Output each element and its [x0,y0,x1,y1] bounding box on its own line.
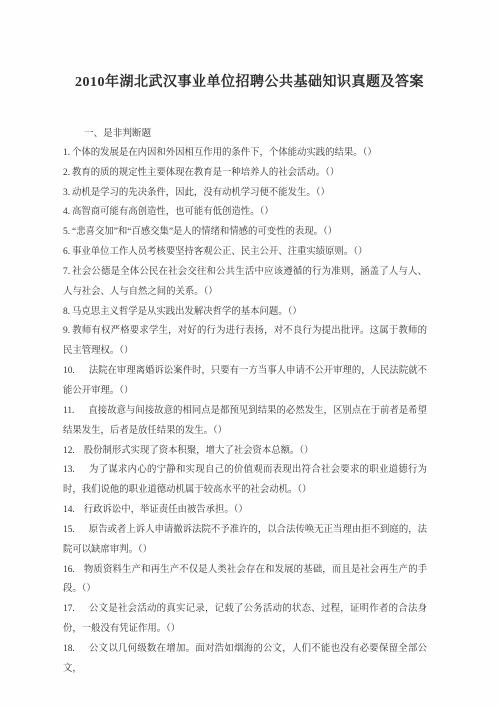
question-text: 事业单位工作人员考核要坚持客观公正、民主公开、注重实绩原则。（） [72,247,367,257]
question-item: 8.马克思主义哲学是从实践出发解决哲学的基本问题。（） [63,303,427,323]
question-number: 5. [63,227,70,237]
question-item: 18.公文以几何级数在增加。面对浩如烟海的公文，人们不能也没有必要保留全部公文， [63,640,427,680]
question-item: 6.事业单位工作人员考核要坚持客观公正、民主公开、注重实绩原则。（） [63,243,427,263]
question-text: 原告或者上诉人申请撤诉法院不予准许的，以合法传唤无正当理由拒不到庭的，法院可以缺… [63,525,427,555]
question-item: 13.为了谋求内心的宁静和实现自己的价值观而表现出符合社会要求的职业道德行为时，… [63,461,427,501]
question-item: 12.股份制形式实现了资本积聚，增大了社会资本总额。（） [63,442,427,462]
question-text: 行政诉讼中，举证责任由被告承担。（） [84,505,248,515]
question-number: 12. [63,446,75,456]
question-item: 5.“悲喜交加”和“百感交集”是人的情绪和情感的可变性的表现。（） [63,223,427,243]
question-text: 高智商可能有高创造性，也可能有低创造性。（） [72,207,274,217]
question-number: 4. [63,207,70,217]
question-text: 直接故意与间接故意的相同点是都预见到结果的必然发生，区别点在于前者是希望结果发生… [63,406,427,436]
question-item: 3.动机是学习的先决条件，因此，没有动机学习便不能发生。（） [63,184,427,204]
question-number: 13. [63,465,75,475]
question-number: 11. [63,406,74,416]
question-item: 7.社会公德是全体公民在社会交往和公共生活中应该遵循的行为准则，涵盖了人与人、人… [63,263,427,303]
question-number: 18. [63,644,75,654]
question-text: 教师有权严格要求学生，对好的行为进行表扬，对不良行为提出批评。这属于教师的民主管… [63,326,427,356]
question-text: 个体的发展是在内因和外因相互作用的条件下，个体能动实践的结果。（） [72,148,377,158]
question-item: 16.物质资料生产和再生产不仅是人类社会存在和发展的基础，而且是社会再生产的手段… [63,561,427,601]
spacer [75,571,84,572]
spacer [75,650,89,651]
document-page: 2010年湖北武汉事业单位招聘公共基础知识真题及答案 一、是非判断题 1.个体的… [0,0,499,706]
spacer [75,531,89,532]
spacer [75,610,89,611]
question-number: 14. [63,505,75,515]
question-text: 为了谋求内心的宁静和实现自己的价值观而表现出符合社会要求的职业道德行为时，我们说… [63,465,427,495]
question-item: 15.原告或者上诉人申请撤诉法院不予准许的，以合法传唤无正当理由拒不到庭的，法院… [63,521,427,561]
section-heading: 一、是非判断题 [63,124,427,144]
spacer [75,471,89,472]
question-text: “悲喜交加”和“百感交集”是人的情绪和情感的可变性的表现。（） [72,227,337,237]
question-item: 11.直接故意与间接故意的相同点是都预见到结果的必然发生，区别点在于前者是希望结… [63,402,427,442]
question-number: 7. [63,267,70,277]
spacer [75,511,84,512]
question-number: 9. [63,326,70,336]
question-number: 3. [63,188,70,198]
question-number: 1. [63,148,70,158]
spacer [75,452,84,453]
question-item: 1.个体的发展是在内因和外因相互作用的条件下，个体能动实践的结果。（） [63,144,427,164]
question-text: 教育的质的规定性主要体现在教育是一种培养人的社会活动。（） [72,168,339,178]
question-item: 4.高智商可能有高创造性，也可能有低创造性。（） [63,203,427,223]
document-body: 一、是非判断题 1.个体的发展是在内因和外因相互作用的条件下，个体能动实践的结果… [63,124,427,680]
question-item: 10.法院在审理离婚诉讼案件时，只要有一方当事人申请不公开审理的，人民法院就不能… [63,362,427,402]
spacer [74,412,88,413]
question-text: 公文是社会活动的真实记录，记载了公务活动的状态、过程，证明作者的合法身份，一般没… [63,604,427,634]
question-number: 10. [63,366,75,376]
question-item: 9.教师有权严格要求学生，对好的行为进行表扬，对不良行为提出批评。这属于教师的民… [63,322,427,362]
question-number: 6. [63,247,70,257]
question-item: 17.公文是社会活动的真实记录，记载了公务活动的状态、过程，证明作者的合法身份，… [63,600,427,640]
question-text: 马克思主义哲学是从实践出发解决哲学的基本问题。（） [72,307,302,317]
question-item: 2.教育的质的规定性主要体现在教育是一种培养人的社会活动。（） [63,164,427,184]
question-text: 法院在审理离婚诉讼案件时，只要有一方当事人申请不公开审理的，人民法院就不能公开审… [63,366,427,396]
question-number: 2. [63,168,70,178]
document-title: 2010年湖北武汉事业单位招聘公共基础知识真题及答案 [0,0,499,94]
spacer [75,372,89,373]
question-number: 8. [63,307,70,317]
question-item: 14.行政诉讼中，举证责任由被告承担。（） [63,501,427,521]
question-text: 动机是学习的先决条件，因此，没有动机学习便不能发生。（） [72,188,330,198]
question-number: 16. [63,565,75,575]
question-text: 股份制形式实现了资本积聚，增大了社会资本总额。（） [84,446,314,456]
question-text: 公文以几何级数在增加。面对浩如烟海的公文，人们不能也没有必要保留全部公文， [63,644,427,674]
question-number: 17. [63,604,75,614]
question-text: 物质资料生产和再生产不仅是人类社会存在和发展的基础，而且是社会再生产的手段。（） [63,565,427,595]
question-text: 社会公德是全体公民在社会交往和公共生活中应该遵循的行为准则，涵盖了人与人、人与社… [63,267,427,297]
question-number: 15. [63,525,75,535]
